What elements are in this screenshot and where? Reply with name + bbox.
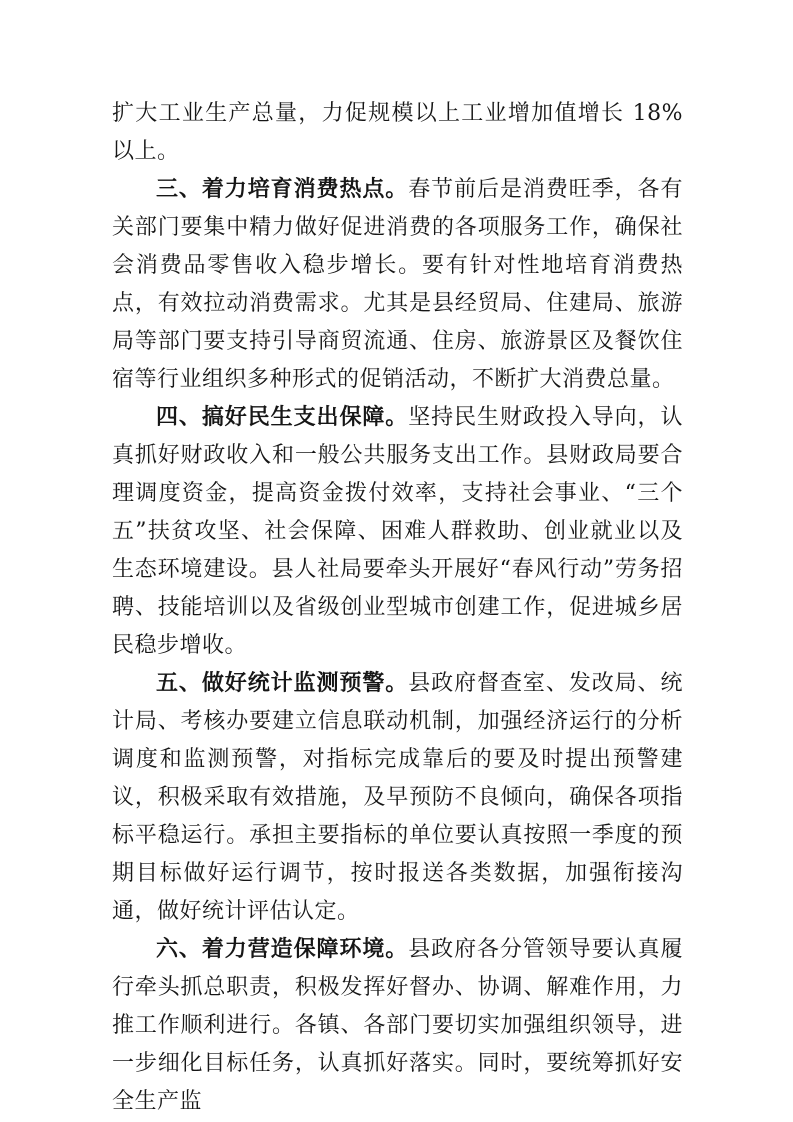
- section-heading-5: 五、做好统计监测预警。: [156, 671, 408, 696]
- document-page: 扩大工业生产总量，力促规模以上工业增加值增长 18%以上。 三、着力培育消费热点…: [0, 0, 793, 1122]
- section-heading-4: 四、搞好民生支出保障。: [156, 405, 408, 430]
- paragraph-text: 扩大工业生产总量，力促规模以上工业增加值增长 18%以上。: [112, 101, 683, 164]
- paragraph-section-6: 六、着力营造保障环境。县政府各分管领导要认真履行牵头抓总职责，积极发挥好督办、协…: [112, 931, 683, 1121]
- paragraph-section-4: 四、搞好民生支出保障。坚持民生财政投入导向，认真抓好财政收入和一般公共服务支出工…: [112, 399, 683, 665]
- paragraph-section-3: 三、着力培育消费热点。春节前后是消费旺季，各有关部门要集中精力做好促进消费的各项…: [112, 171, 683, 399]
- paragraph-continuation: 扩大工业生产总量，力促规模以上工业增加值增长 18%以上。: [112, 95, 683, 171]
- paragraph-section-5: 五、做好统计监测预警。县政府督查室、发改局、统计局、考核办要建立信息联动机制，加…: [112, 665, 683, 931]
- section-heading-6: 六、着力营造保障环境。: [156, 937, 408, 962]
- paragraph-text: 春节前后是消费旺季，各有关部门要集中精力做好促进消费的各项服务工作，确保社会消费…: [112, 177, 683, 392]
- paragraph-text: 县政府各分管领导要认真履行牵头抓总职责，积极发挥好督办、协调、解难作用，力推工作…: [112, 937, 683, 1114]
- section-heading-3: 三、着力培育消费热点。: [156, 177, 408, 202]
- paragraph-text: 坚持民生财政投入导向，认真抓好财政收入和一般公共服务支出工作。县财政局要合理调度…: [112, 405, 683, 658]
- paragraph-text: 县政府督查室、发改局、统计局、考核办要建立信息联动机制，加强经济运行的分析调度和…: [112, 671, 683, 924]
